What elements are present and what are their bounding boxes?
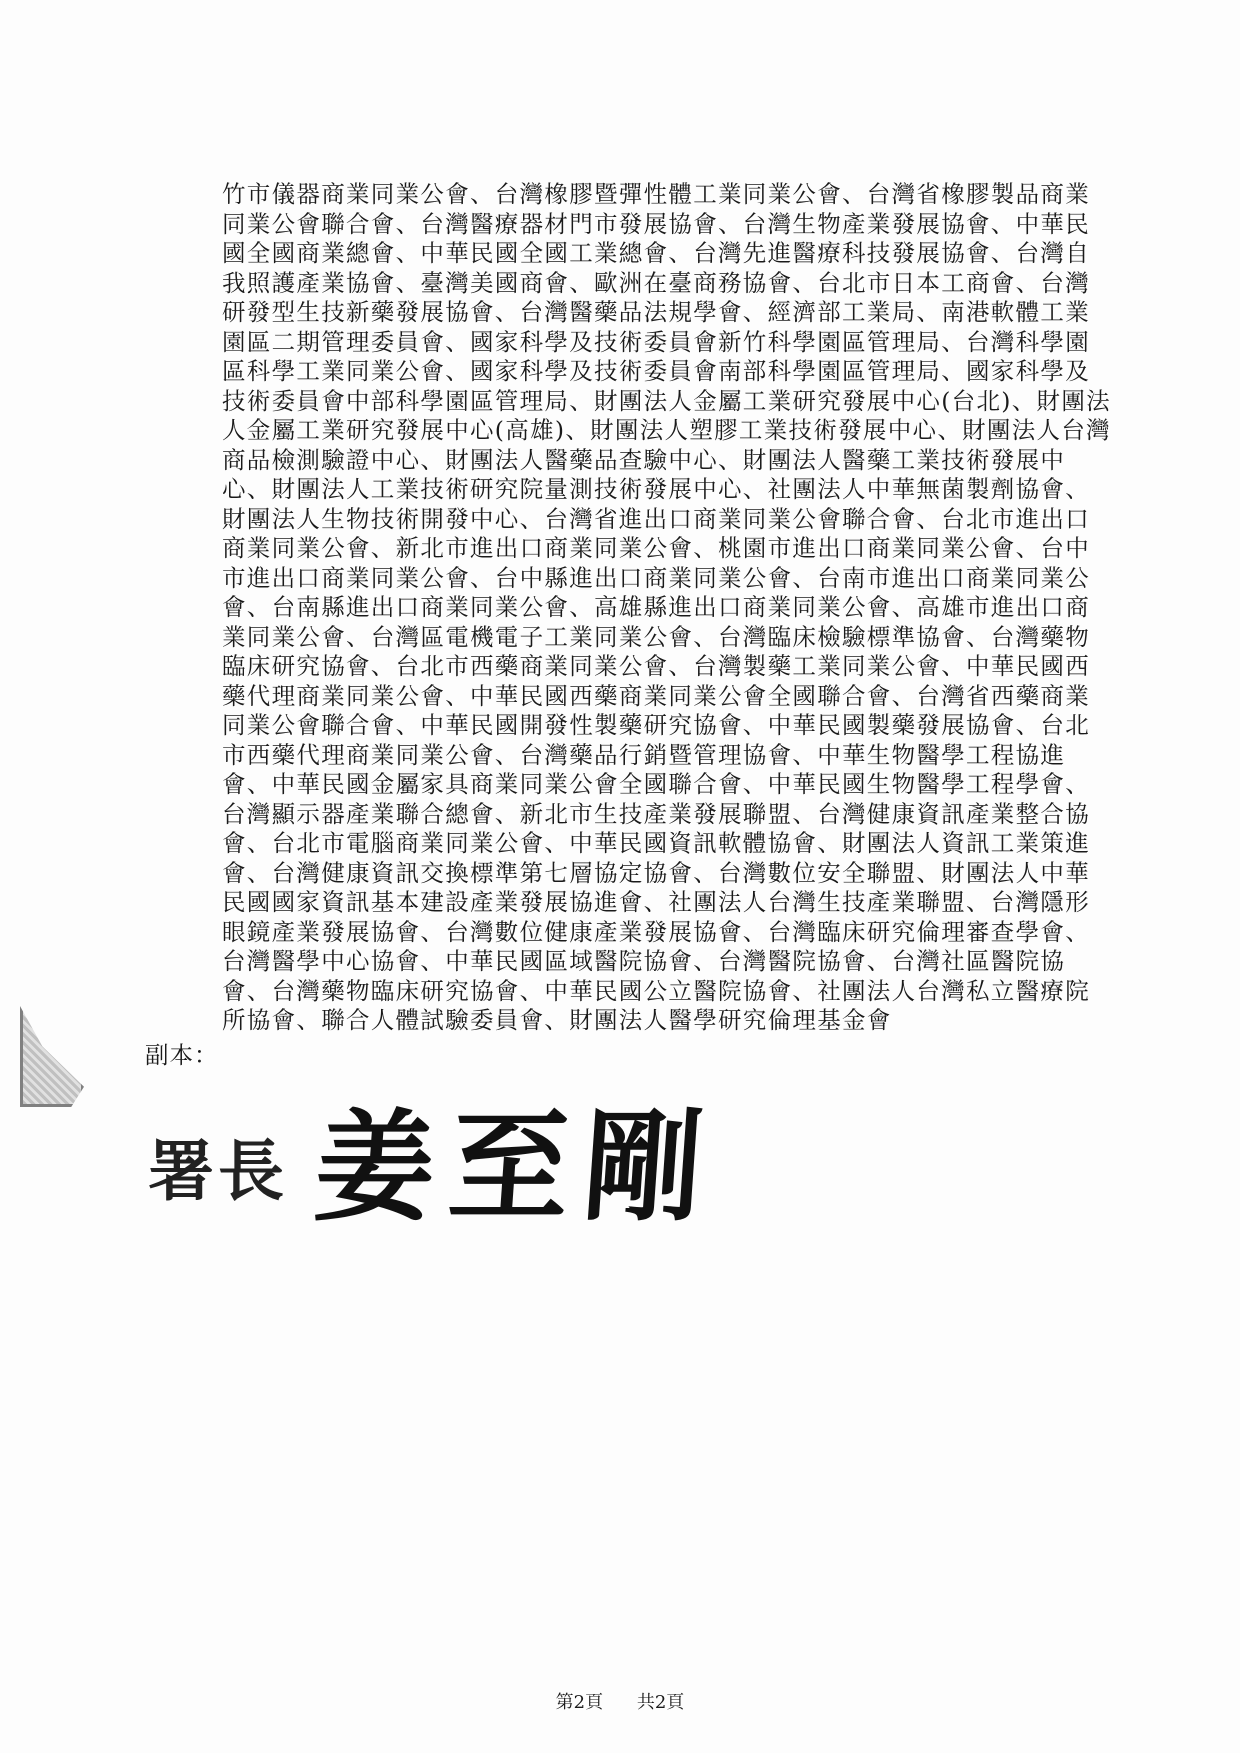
recipients-line: 同業公會聯合會、中華民國開發性製藥研究協會、中華民國製藥發展協會、台北 <box>222 711 1122 741</box>
recipients-line: 竹市儀器商業同業公會、台灣橡膠暨彈性體工業同業公會、台灣省橡膠製品商業 <box>222 180 1122 210</box>
recipients-line: 市西藥代理商業同業公會、台灣藥品行銷暨管理協會、中華生物醫學工程協進 <box>222 741 1122 771</box>
signatory-title: 署長 <box>148 1118 288 1213</box>
page-number-current: 第2頁 <box>556 1692 603 1713</box>
stamp-text: 騎縫章 <box>29 1015 75 1098</box>
recipients-line: 藥代理商業同業公會、中華民國西藥商業同業公會全國聯合會、台灣省西藥商業 <box>222 682 1122 712</box>
recipients-line: 會、台灣藥物臨床研究協會、中華民國公立醫院協會、社團法人台灣私立醫療院 <box>222 977 1122 1007</box>
recipients-line: 業同業公會、台灣區電機電子工業同業公會、台灣臨床檢驗標準協會、台灣藥物 <box>222 623 1122 653</box>
recipients-line: 所協會、聯合人體試驗委員會、財團法人醫學研究倫理基金會 <box>222 1006 1122 1036</box>
recipients-line: 會、台北市電腦商業同業公會、中華民國資訊軟體協會、財團法人資訊工業策進 <box>222 829 1122 859</box>
recipients-line: 會、中華民國金屬家具商業同業公會全國聯合會、中華民國生物醫學工程學會、 <box>222 770 1122 800</box>
signatory-name: 姜至剛 <box>310 1072 724 1244</box>
recipients-line: 眼鏡產業發展協會、台灣數位健康產業發展協會、台灣臨床研究倫理審查學會、 <box>222 918 1122 948</box>
recipients-line: 商業同業公會、新北市進出口商業同業公會、桃園市進出口商業同業公會、台中 <box>222 534 1122 564</box>
seal-stamp-icon: 騎縫章 <box>20 1006 84 1107</box>
recipients-line: 台灣醫學中心協會、中華民國區域醫院協會、台灣醫院協會、台灣社區醫院協 <box>222 947 1122 977</box>
signature-block: 署長 姜至剛 <box>148 1078 718 1238</box>
recipients-line: 國全國商業總會、中華民國全國工業總會、台灣先進醫療科技發展協會、台灣自 <box>222 239 1122 269</box>
copy-to-label: 副本： <box>145 1036 219 1070</box>
recipients-line: 臨床研究協會、台北市西藥商業同業公會、台灣製藥工業同業公會、中華民國西 <box>222 652 1122 682</box>
recipients-line: 商品檢測驗證中心、財團法人醫藥品查驗中心、財團法人醫藥工業技術發展中 <box>222 446 1122 476</box>
recipients-line: 會、台南縣進出口商業同業公會、高雄縣進出口商業同業公會、高雄市進出口商 <box>222 593 1122 623</box>
recipients-line: 我照護產業協會、臺灣美國商會、歐洲在臺商務協會、台北市日本工商會、台灣 <box>222 269 1122 299</box>
recipients-list: 竹市儀器商業同業公會、台灣橡膠暨彈性體工業同業公會、台灣省橡膠製品商業 同業公會… <box>222 180 1122 1036</box>
document-page: 竹市儀器商業同業公會、台灣橡膠暨彈性體工業同業公會、台灣省橡膠製品商業 同業公會… <box>0 0 1240 1753</box>
recipients-line: 區科學工業同業公會、國家科學及技術委員會南部科學園區管理局、國家科學及 <box>222 357 1122 387</box>
recipients-line: 台灣顯示器產業聯合總會、新北市生技產業發展聯盟、台灣健康資訊產業整合協 <box>222 800 1122 830</box>
recipients-line: 心、財團法人工業技術研究院量測技術發展中心、社團法人中華無菌製劑協會、 <box>222 475 1122 505</box>
recipients-line: 同業公會聯合會、台灣醫療器材門市發展協會、台灣生物產業發展協會、中華民 <box>222 210 1122 240</box>
recipients-line: 人金屬工業研究發展中心(高雄)、財團法人塑膠工業技術發展中心、財團法人台灣 <box>222 416 1122 446</box>
recipients-line: 研發型生技新藥發展協會、台灣醫藥品法規學會、經濟部工業局、南港軟體工業 <box>222 298 1122 328</box>
recipients-line: 財團法人生物技術開發中心、台灣省進出口商業同業公會聯合會、台北市進出口 <box>222 505 1122 535</box>
page-number-total: 共2頁 <box>637 1692 684 1713</box>
recipients-line: 技術委員會中部科學園區管理局、財團法人金屬工業研究發展中心(台北)、財團法 <box>222 387 1122 417</box>
recipients-line: 民國國家資訊基本建設產業發展協進會、社團法人台灣生技產業聯盟、台灣隱形 <box>222 888 1122 918</box>
recipients-line: 園區二期管理委員會、國家科學及技術委員會新竹科學園區管理局、台灣科學園 <box>222 328 1122 358</box>
page-footer: 第2頁 共2頁 <box>0 1688 1240 1714</box>
recipients-line: 會、台灣健康資訊交換標準第七層協定協會、台灣數位安全聯盟、財團法人中華 <box>222 859 1122 889</box>
recipients-line: 市進出口商業同業公會、台中縣進出口商業同業公會、台南市進出口商業同業公 <box>222 564 1122 594</box>
